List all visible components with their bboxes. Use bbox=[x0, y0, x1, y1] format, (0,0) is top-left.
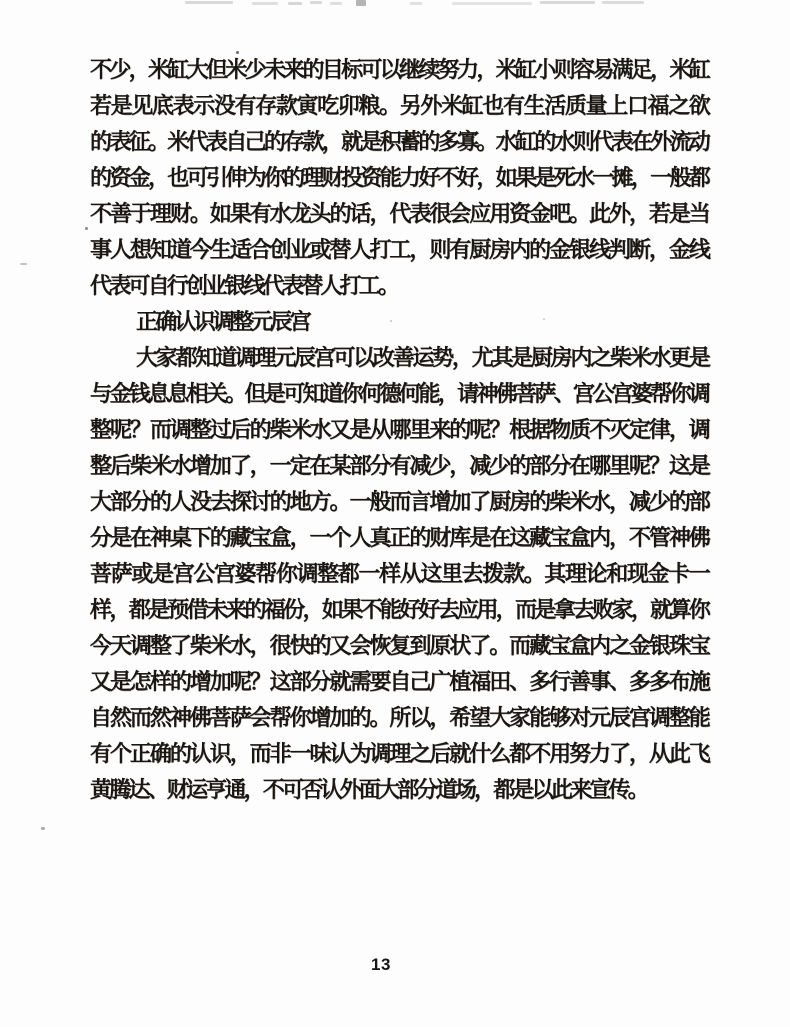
scan-artifact-header-fragment bbox=[410, 2, 422, 5]
text-line: 分是在神桌下的藏宝盒，一个人真正的财库是在这藏宝盒内，不管神佛 bbox=[90, 520, 708, 556]
text-line: 不少，米缸大但米少未来的目标可以继续努力，米缸小则容易满足，米缸 bbox=[90, 52, 708, 88]
text-line: 整后柴米水增加了，一定在某部分有减少，减少的部分在哪里呢？这是 bbox=[90, 448, 708, 484]
text-line: 的资金，也可引伸为你的理财投资能力好不好，如果是死水一摊，一般都 bbox=[90, 160, 708, 196]
scan-artifact-header-fragment bbox=[356, 0, 366, 6]
text-block: 不少，米缸大但米少未来的目标可以继续努力，米缸小则容易满足，米缸若是见底表示没有… bbox=[90, 52, 708, 808]
scan-artifact-header-fragment bbox=[330, 2, 342, 5]
text-line: 的表征。米代表自己的存款，就是积蓄的多寡。水缸的水则代表在外流动 bbox=[90, 124, 708, 160]
text-line: 有个正确的认识，而非一味认为调理之后就什么都不用努力了，从此飞 bbox=[90, 736, 708, 772]
scan-speck bbox=[41, 827, 45, 830]
text-line: 黄腾达、财运亨通，不可否认外面大部分道场，都是以此来宣传。 bbox=[90, 772, 708, 808]
text-line: 又是怎样的增加呢？这部分就需要自己广植福田、多行善事、多多布施 bbox=[90, 664, 708, 700]
text-line: 代表可自行创业银线代表替人打工。 bbox=[90, 268, 708, 304]
text-line: 大家都知道调理元辰宫可以改善运势，尤其是厨房内之柴米水更是 bbox=[90, 340, 708, 376]
text-line: 今天调整了柴米水，很快的又会恢复到原状了。而藏宝盒内之金银珠宝 bbox=[90, 628, 708, 664]
text-line: 整呢？而调整过后的柴米水又是从哪里来的呢？根据物质不灭定律，调 bbox=[90, 412, 708, 448]
scan-artifact-header-fragment bbox=[185, 1, 233, 4]
scan-speck bbox=[85, 227, 88, 230]
scan-artifact-header-fragment bbox=[288, 2, 302, 5]
document-page: 不少，米缸大但米少未来的目标可以继续努力，米缸小则容易满足，米缸若是见底表示没有… bbox=[0, 0, 790, 1027]
text-line: 不善于理财。如果有水龙头的话，代表很会应用资金吧。此外，若是当 bbox=[90, 196, 708, 232]
text-line: 若是见底表示没有存款寅吃卯粮。另外米缸也有生活质量上口福之欲 bbox=[90, 88, 708, 124]
page-number: 13 bbox=[0, 955, 762, 975]
text-line: 与金钱息息相关。但是可知道你何德何能，请神佛菩萨、宫公宫婆帮你调 bbox=[90, 376, 708, 412]
scan-artifact-header-fragment bbox=[310, 1, 322, 4]
text-line: 菩萨或是宫公宫婆帮你调整都一样从这里去拨款。其理论和现金卡一 bbox=[90, 556, 708, 592]
text-line: 事人想知道今生适合创业或替人打工，则有厨房内的金银线判断，金线 bbox=[90, 232, 708, 268]
scan-artifact-header-fragment bbox=[452, 2, 532, 5]
scan-speck bbox=[20, 263, 27, 265]
scan-artifact-header-fragment bbox=[252, 2, 278, 5]
text-line: 大部分的人没去探讨的地方。一般而言增加了厨房的柴米水，减少的部 bbox=[90, 484, 708, 520]
scan-artifact-header-fragment bbox=[540, 1, 595, 4]
section-heading: 正确认识调整元辰宫 bbox=[90, 304, 708, 340]
text-line: 自然而然神佛菩萨会帮你增加的。所以，希望大家能够对元辰宫调整能 bbox=[90, 700, 708, 736]
text-line: 样，都是预借未来的福份，如果不能好好去应用，而是拿去败家，就算你 bbox=[90, 592, 708, 628]
scan-artifact-header-fragment bbox=[602, 1, 644, 4]
